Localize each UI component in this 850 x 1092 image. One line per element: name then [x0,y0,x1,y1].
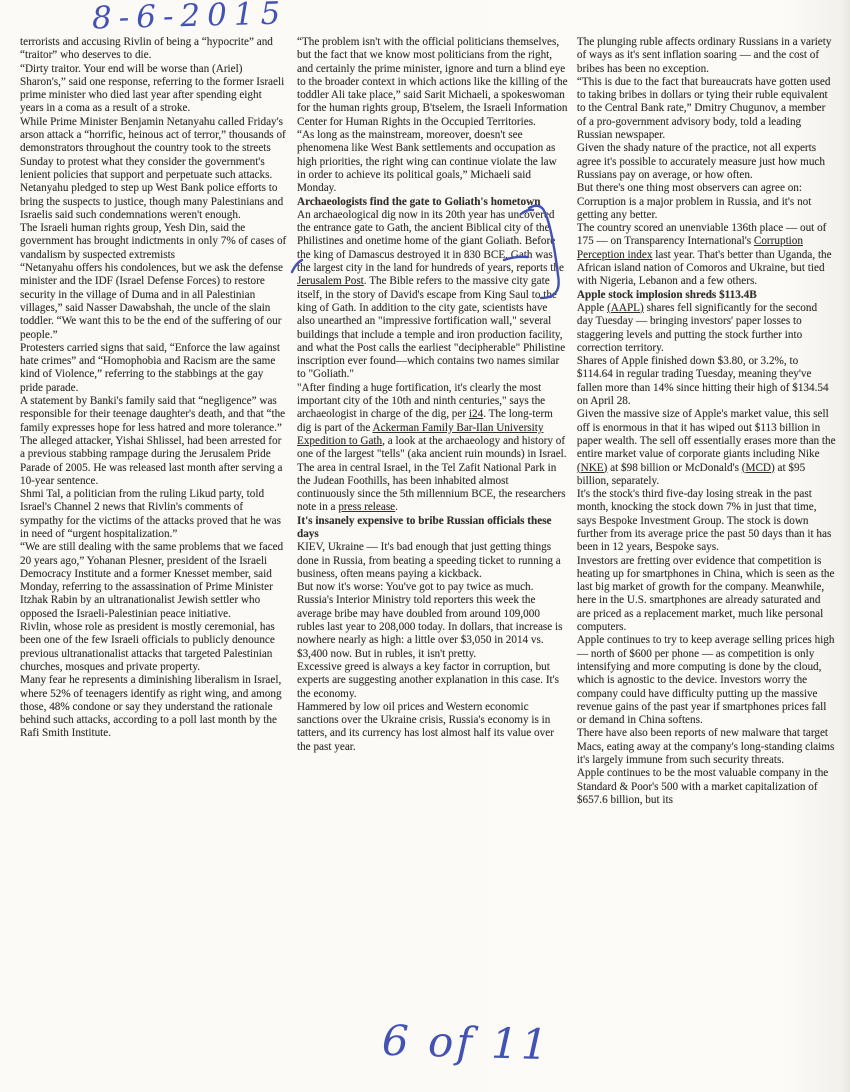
paragraph: There have also been reports of new malw… [577,727,836,767]
text-run: Hammered by low oil prices and Western e… [297,701,554,753]
paragraph: But now it's worse: You've got to pay tw… [297,581,568,594]
text-run: Excessive greed is always a key factor i… [297,661,559,700]
text-run: KIEV, Ukraine — It's bad enough that jus… [297,541,561,580]
paragraph: While Prime Minister Benjamin Netanyahu … [20,116,288,182]
paragraph: Protesters carried signs that said, “Enf… [20,342,288,395]
scanned-document-page: terrorists and accusing Rivlin of being … [0,0,850,1092]
paragraph: The plunging ruble affects ordinary Russ… [577,36,836,76]
handwritten-date: 8-6-2015 [92,0,288,37]
text-run: “Dirty traitor. Your end will be worse t… [20,63,284,115]
text-run: at $98 billion or McDonald's [607,462,741,474]
paragraph: The country scored an unenviable 136th p… [577,222,836,288]
paragraph: A statement by Banki's family said that … [20,395,288,435]
underlined-link-text: (MCD) [742,462,775,474]
text-run: Rivlin, whose role as president is mostl… [20,621,275,673]
paragraph: “This is due to the fact that bureaucrat… [577,76,836,142]
underlined-link-text: Jerusalem Post [297,275,364,287]
article-heading: Apple stock implosion shreds $113.4B [577,289,836,302]
paragraph: The alleged attacker, Yishai Shlissel, h… [20,435,288,488]
text-run: “Netanyahu offers his condolences, but w… [20,262,283,340]
text-run: . [395,501,398,513]
paragraph: The Israeli human rights group, Yesh Din… [20,222,288,262]
text-run: An archaeological dig now in its 20th ye… [297,209,564,274]
paragraph: “Netanyahu offers his condolences, but w… [20,262,288,342]
text-run: “The problem isn't with the official pol… [297,36,568,128]
paragraph: Shares of Apple finished down $3.80, or … [577,355,836,408]
text-run: Shmi Tal, a politician from the ruling L… [20,488,281,540]
underlined-link-text: press release [338,501,395,513]
document-columns: terrorists and accusing Rivlin of being … [20,36,836,807]
handwritten-page-number: 6 of 11 [381,1016,551,1069]
paragraph: Russia's Interior Ministry told reporter… [297,594,568,660]
text-column-right: The plunging ruble affects ordinary Russ… [577,36,836,807]
paragraph: “We are still dealing with the same prob… [20,541,288,621]
text-run: Shares of Apple finished down $3.80, or … [577,355,829,407]
text-column-left: terrorists and accusing Rivlin of being … [20,36,288,807]
paragraph: Many fear he represents a diminishing li… [20,674,288,740]
paragraph: Apple continues to try to keep average s… [577,634,836,727]
text-run: Investors are fretting over evidence tha… [577,555,835,633]
text-run: It's the stock's third five-day losing s… [577,488,831,553]
text-run: The plunging ruble affects ordinary Russ… [577,36,832,75]
paragraph: Excessive greed is always a key factor i… [297,661,568,701]
text-run: Archaeologists find the gate to Goliath'… [297,196,540,208]
paragraph: terrorists and accusing Rivlin of being … [20,36,288,63]
paragraph: But there's one thing most observers can… [577,182,836,222]
text-run: A statement by Banki's family said that … [20,395,285,434]
paragraph: KIEV, Ukraine — It's bad enough that jus… [297,541,568,581]
paragraph: Apple continues to be the most valuable … [577,767,836,807]
paragraph: Netanyahu pledged to step up West Bank p… [20,182,288,222]
paragraph: “As long as the mainstream, moreover, do… [297,129,568,195]
text-run: Given the massive size of Apple's market… [577,408,836,460]
text-run: “As long as the mainstream, moreover, do… [297,129,557,194]
paragraph: "After finding a huge fortification, it'… [297,382,568,515]
underlined-link-text: (AAPL) [607,302,644,314]
text-run: Apple [577,302,607,314]
text-run: Given the shady nature of the practice, … [577,142,825,181]
text-run: Apple continues to try to keep average s… [577,634,835,726]
article-heading: It's insanely expensive to bribe Russian… [297,515,568,542]
paragraph: It's the stock's third five-day losing s… [577,488,836,554]
paragraph: Shmi Tal, a politician from the ruling L… [20,488,288,541]
paragraph: Hammered by low oil prices and Western e… [297,701,568,754]
text-run: . The Bible refers to the massive city g… [297,275,565,380]
text-run: But there's one thing most observers can… [577,182,811,221]
text-run: Protesters carried signs that said, “Enf… [20,342,280,394]
text-run: Apple continues to be the most valuable … [577,767,828,806]
text-column-middle: “The problem isn't with the official pol… [297,36,568,807]
paragraph: Rivlin, whose role as president is mostl… [20,621,288,674]
article-heading: Archaeologists find the gate to Goliath'… [297,196,568,209]
paragraph: Apple (AAPL) shares fell significantly f… [577,302,836,355]
text-run: Russia's Interior Ministry told reporter… [297,594,563,659]
paragraph: Given the massive size of Apple's market… [577,408,836,488]
text-run: “This is due to the fact that bureaucrat… [577,76,831,141]
text-run: It's insanely expensive to bribe Russian… [297,515,552,540]
text-run: Netanyahu pledged to step up West Bank p… [20,182,283,221]
text-run: Many fear he represents a diminishing li… [20,674,282,739]
text-run: The alleged attacker, Yishai Shlissel, h… [20,435,283,487]
paragraph: Given the shady nature of the practice, … [577,142,836,182]
paragraph: “Dirty traitor. Your end will be worse t… [20,63,288,116]
paragraph: “The problem isn't with the official pol… [297,36,568,129]
text-run: While Prime Minister Benjamin Netanyahu … [20,116,286,181]
text-run: But now it's worse: You've got to pay tw… [297,581,533,593]
paragraph: An archaeological dig now in its 20th ye… [297,209,568,382]
underlined-link-text: i24 [469,408,483,420]
text-run: Apple stock implosion shreds $113.4B [577,289,757,301]
paragraph: Investors are fretting over evidence tha… [577,555,836,635]
text-run: terrorists and accusing Rivlin of being … [20,36,273,61]
text-run: The Israeli human rights group, Yesh Din… [20,222,286,261]
underlined-link-text: (NKE) [577,462,607,474]
text-run: “We are still dealing with the same prob… [20,541,283,619]
text-run: There have also been reports of new malw… [577,727,834,766]
